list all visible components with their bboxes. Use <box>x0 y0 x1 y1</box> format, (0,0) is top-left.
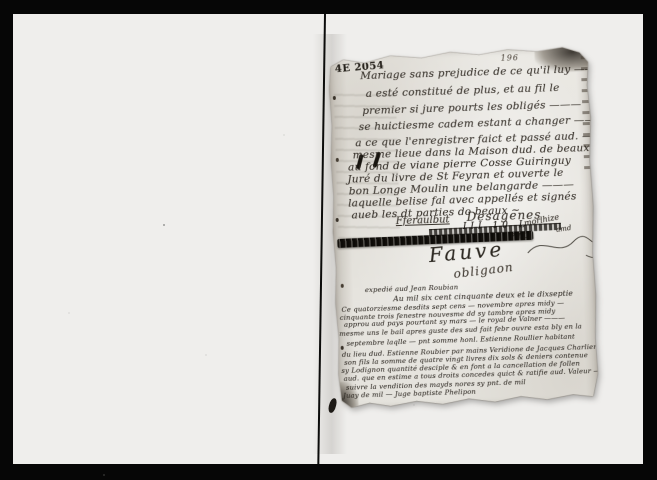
manuscript-line: Mariage sans prejudice de ce qu'il luy —… <box>360 63 596 82</box>
dust-specks <box>163 224 165 226</box>
page-number: 196 <box>501 53 520 63</box>
manuscript-paper: 4E 2054 196 Mariage sans prejudice de ce… <box>327 46 599 410</box>
manuscript-line: a esté constitué de plus, et au fil le <box>366 82 560 100</box>
manuscript-page: 4E 2054 196 Mariage sans prejudice de ce… <box>327 46 599 410</box>
signature: Fferaulbut <box>396 214 450 227</box>
scanned-register-image: 4E 2054 196 Mariage sans prejudice de ce… <box>0 0 657 480</box>
register-open-sheet: 4E 2054 196 Mariage sans prejudice de ce… <box>13 14 643 464</box>
signature-flourish <box>525 228 608 265</box>
